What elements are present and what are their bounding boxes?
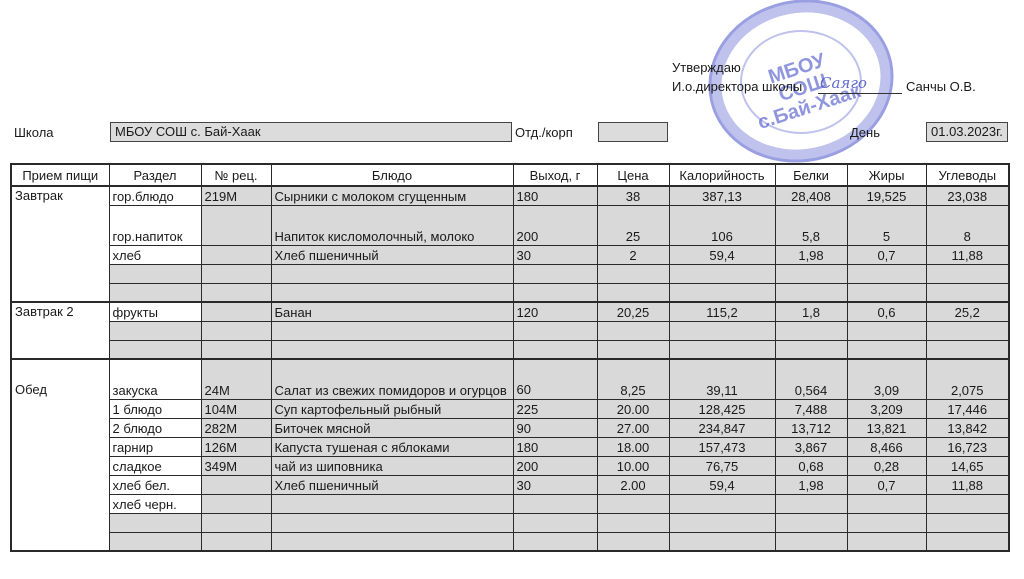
fat-cell [847,494,926,513]
section-cell: сладкое [109,456,201,475]
yield-cell: 225 [513,399,597,418]
col-header-carbs: Углеводы [926,164,1009,186]
calories-cell: 387,13 [669,186,775,205]
carbs-cell [926,532,1009,551]
recipe-cell [201,321,271,340]
dish-cell [271,283,513,302]
recipe-cell: 24М [201,359,271,399]
fat-cell: 8,466 [847,437,926,456]
calories-cell: 59,4 [669,475,775,494]
fat-cell [847,340,926,359]
table-row: Обедзакуска24МСалат из свежих помидоров … [11,359,1009,399]
table-row: Завтракгор.блюдо219МСырники с молоком сг… [11,186,1009,205]
yield-cell: 200 [513,456,597,475]
protein-cell [775,264,847,283]
yield-cell [513,321,597,340]
fat-cell: 0,7 [847,245,926,264]
col-header-calories: Калорийность [669,164,775,186]
carbs-cell: 11,88 [926,475,1009,494]
yield-cell: 180 [513,437,597,456]
approval-title: Утверждаю [672,60,741,75]
carbs-cell: 16,723 [926,437,1009,456]
table-row [11,340,1009,359]
recipe-cell [201,475,271,494]
table-row: 1 блюдо104МСуп картофельный рыбный22520.… [11,399,1009,418]
price-cell [597,264,669,283]
recipe-cell [201,532,271,551]
yield-cell: 180 [513,186,597,205]
recipe-cell [201,205,271,245]
calories-cell: 128,425 [669,399,775,418]
section-cell: гарнир [109,437,201,456]
signature-line [818,93,902,94]
section-cell: закуска [109,359,201,399]
protein-cell: 3,867 [775,437,847,456]
date-field[interactable]: 01.03.2023г. [926,122,1008,142]
yield-cell [513,513,597,532]
fat-cell: 3,209 [847,399,926,418]
section-cell [109,264,201,283]
yield-cell [513,532,597,551]
price-cell: 38 [597,186,669,205]
calories-cell: 106 [669,205,775,245]
calories-cell [669,494,775,513]
yield-cell: 30 [513,475,597,494]
protein-cell: 28,408 [775,186,847,205]
recipe-cell [201,340,271,359]
col-header-section: Раздел [109,164,201,186]
dept-label: Отд./корп [515,125,573,140]
protein-cell: 0,564 [775,359,847,399]
price-cell: 8,25 [597,359,669,399]
protein-cell [775,340,847,359]
carbs-cell: 23,038 [926,186,1009,205]
fat-cell [847,264,926,283]
protein-cell: 1,98 [775,245,847,264]
table-row [11,283,1009,302]
recipe-cell: 219М [201,186,271,205]
meal-cell: Обед [11,359,109,551]
table-row [11,321,1009,340]
dish-cell [271,494,513,513]
table-row: хлеб черн. [11,494,1009,513]
dish-cell [271,513,513,532]
price-cell [597,532,669,551]
calories-cell: 59,4 [669,245,775,264]
protein-cell [775,494,847,513]
protein-cell [775,513,847,532]
col-header-recipe: № рец. [201,164,271,186]
carbs-cell: 8 [926,205,1009,245]
table-row: Завтрак 2фруктыБанан12020,25115,21,80,62… [11,302,1009,321]
recipe-cell: 126М [201,437,271,456]
col-header-yield: Выход, г [513,164,597,186]
day-label: День [850,125,880,140]
dish-cell [271,264,513,283]
carbs-cell [926,283,1009,302]
dish-cell: Капуста тушеная с яблоками [271,437,513,456]
price-cell: 20,25 [597,302,669,321]
section-cell [109,340,201,359]
calories-cell [669,340,775,359]
table-row [11,532,1009,551]
recipe-cell [201,494,271,513]
dish-cell: Напиток кисломолочный, молоко [271,205,513,245]
section-cell: хлеб [109,245,201,264]
fat-cell [847,532,926,551]
table-row: гарнир126МКапуста тушеная с яблоками1801… [11,437,1009,456]
price-cell: 18.00 [597,437,669,456]
carbs-cell [926,264,1009,283]
yield-cell: 60 [513,359,597,399]
calories-cell [669,264,775,283]
col-header-dish: Блюдо [271,164,513,186]
director-name: Санчы О.В. [906,79,976,94]
carbs-cell: 17,446 [926,399,1009,418]
carbs-cell: 13,842 [926,418,1009,437]
price-cell [597,513,669,532]
protein-cell: 1,8 [775,302,847,321]
yield-cell: 120 [513,302,597,321]
dish-cell [271,340,513,359]
dish-cell: чай из шиповника [271,456,513,475]
calories-cell: 234,847 [669,418,775,437]
carbs-cell [926,340,1009,359]
yield-cell: 90 [513,418,597,437]
carbs-cell [926,321,1009,340]
fat-cell: 0,7 [847,475,926,494]
table-row: сладкое349Мчай из шиповника20010.0076,75… [11,456,1009,475]
price-cell [597,283,669,302]
menu-table: Прием пищи Раздел № рец. Блюдо Выход, г … [10,163,1010,552]
fat-cell: 19,525 [847,186,926,205]
dish-cell: Хлеб пшеничный [271,245,513,264]
price-cell [597,340,669,359]
col-header-fat: Жиры [847,164,926,186]
carbs-cell: 2,075 [926,359,1009,399]
recipe-cell [201,245,271,264]
price-cell [597,494,669,513]
dish-cell: Суп картофельный рыбный [271,399,513,418]
calories-cell: 39,11 [669,359,775,399]
fat-cell [847,283,926,302]
price-cell: 27.00 [597,418,669,437]
section-cell: хлеб бел. [109,475,201,494]
protein-cell [775,532,847,551]
approval-position: И.о.директора школы [672,79,802,94]
recipe-cell: 104М [201,399,271,418]
yield-cell [513,283,597,302]
protein-cell: 0,68 [775,456,847,475]
recipe-cell [201,264,271,283]
carbs-cell: 25,2 [926,302,1009,321]
price-cell: 2 [597,245,669,264]
calories-cell: 115,2 [669,302,775,321]
dish-cell: Биточек мясной [271,418,513,437]
fat-cell: 5 [847,205,926,245]
calories-cell: 157,473 [669,437,775,456]
carbs-cell [926,494,1009,513]
protein-cell: 13,712 [775,418,847,437]
calories-cell [669,513,775,532]
dish-cell: Банан [271,302,513,321]
price-cell: 10.00 [597,456,669,475]
section-cell: хлеб черн. [109,494,201,513]
recipe-cell [201,302,271,321]
table-row: хлебХлеб пшеничный30259,41,980,711,88 [11,245,1009,264]
carbs-cell: 14,65 [926,456,1009,475]
section-cell [109,513,201,532]
recipe-cell [201,283,271,302]
col-header-meal: Прием пищи [11,164,109,186]
section-cell: гор.блюдо [109,186,201,205]
fat-cell: 13,821 [847,418,926,437]
section-cell: гор.напиток [109,205,201,245]
school-field[interactable]: МБОУ СОШ с. Бай-Хаак [110,122,512,142]
table-row [11,513,1009,532]
calories-cell [669,532,775,551]
calories-cell: 76,75 [669,456,775,475]
recipe-cell: 349М [201,456,271,475]
yield-cell: 30 [513,245,597,264]
protein-cell [775,283,847,302]
calories-cell [669,283,775,302]
dish-cell: Хлеб пшеничный [271,475,513,494]
price-cell [597,321,669,340]
section-cell: фрукты [109,302,201,321]
fat-cell: 0,6 [847,302,926,321]
price-cell: 2.00 [597,475,669,494]
school-label: Школа [14,125,54,140]
fat-cell: 3,09 [847,359,926,399]
table-row: 2 блюдо282МБиточек мясной9027.00234,8471… [11,418,1009,437]
col-header-protein: Белки [775,164,847,186]
recipe-cell: 282М [201,418,271,437]
protein-cell: 7,488 [775,399,847,418]
protein-cell: 1,98 [775,475,847,494]
yield-cell [513,264,597,283]
dish-cell: Салат из свежих помидоров и огурцов [271,359,513,399]
table-row: хлеб бел.Хлеб пшеничный302.0059,41,980,7… [11,475,1009,494]
section-cell: 1 блюдо [109,399,201,418]
section-cell: 2 блюдо [109,418,201,437]
recipe-cell [201,513,271,532]
section-cell [109,283,201,302]
carbs-cell [926,513,1009,532]
fat-cell: 0,28 [847,456,926,475]
col-header-price: Цена [597,164,669,186]
section-cell [109,321,201,340]
section-cell [109,532,201,551]
yield-cell [513,340,597,359]
yield-cell: 200 [513,205,597,245]
protein-cell [775,321,847,340]
price-cell: 20.00 [597,399,669,418]
calories-cell [669,321,775,340]
dish-cell [271,532,513,551]
carbs-cell: 11,88 [926,245,1009,264]
dish-cell [271,321,513,340]
table-row: гор.напитокНапиток кисломолочный, молоко… [11,205,1009,245]
fat-cell [847,513,926,532]
director-signature: Саяго [820,74,902,88]
protein-cell: 5,8 [775,205,847,245]
meal-cell: Завтрак 2 [11,302,109,359]
table-header-row: Прием пищи Раздел № рец. Блюдо Выход, г … [11,164,1009,186]
price-cell: 25 [597,205,669,245]
meal-cell: Завтрак [11,186,109,302]
table-row [11,264,1009,283]
dish-cell: Сырники с молоком сгущенным [271,186,513,205]
fat-cell [847,321,926,340]
dept-field[interactable] [598,122,668,142]
yield-cell [513,494,597,513]
